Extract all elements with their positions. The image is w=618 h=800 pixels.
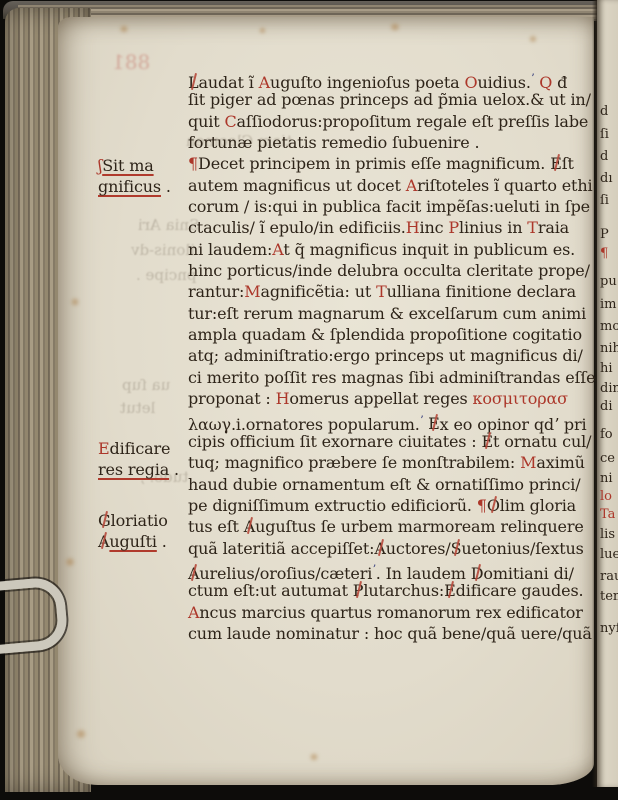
printed-text: t ornatu cul/ [493,432,591,451]
rubricated-text: T [376,282,387,301]
body-line: ¶Decet principem in primis eſſe magnific… [188,153,584,174]
body-line: Laudat ĩ Auguſto ingenioſus poeta Ouidiu… [188,68,584,89]
rubricated-text: H [406,218,420,237]
body-line: tuq; magnifico præbere ſe monſtrabilem: … [188,452,584,473]
body-line: ni laudem:At q̃ magnificus inquit in pub… [188,239,584,260]
printed-text: tur:eſt rerum magnarum & excelſarum cum … [188,304,586,323]
printed-text: linius in [459,218,527,237]
printed-text: ci merito poſſit res magnas ſibi adminiſ… [188,368,595,387]
printed-text: lim gloria [500,496,576,515]
printed-text: agnificẽtia: ut [260,282,376,301]
body-line: ctaculis/ ĩ epulo/in edificiis.Hinc Plin… [188,217,584,238]
printed-text: autem magnificus ut docet [188,176,406,195]
body-line: cum laude nominatur : hoc quã bene/quã u… [188,623,584,644]
printed-text: ulliana finitione declara [387,282,576,301]
margin-note-line: ʃSit ma [98,155,186,176]
rubricated-text: κοσμιτορασ [473,389,568,408]
printed-text: t q̃ magnificus inquit in publicum es. [283,240,575,259]
body-line: ctum eſt:ut autumat Plutarchus:Edificare… [188,580,584,601]
body-line: ampla quadam & ſplendida propoſitione co… [188,324,584,345]
printed-text: uctores/ [386,539,451,558]
showthrough-text: letut [120,399,155,417]
rubricated-text: ¶ [477,496,487,515]
printed-text: dificare [110,439,171,458]
printed-text: ni laudem: [188,240,272,259]
body-line: ſit piger ad pœnas princeps ad p̃mia uel… [188,89,584,110]
rubricated-text: P [448,218,459,237]
body-line: tus eſt Auguſtus ſe urbem marmoream reli… [188,516,584,537]
printed-text: A [188,563,199,584]
printed-text: E [444,580,456,601]
printed-text: fortunæ pietatis remedio ſubuenire . [188,133,479,152]
printed-text: S [451,538,462,559]
body-line: ci merito poſſit res magnas ſibi adminiſ… [188,367,584,388]
printed-text: inc [420,218,449,237]
margin-note-line: Auguſti . [98,531,186,552]
printed-text: ncus marcius quartus romanorum rex edifi… [199,603,582,622]
printed-text: O [487,495,500,516]
body-line: rantur:Magnificẽtia: ut Tulliana finitio… [188,281,584,302]
body-line: haud dubie ornamentum eſt & ornatiſſimo … [188,474,584,495]
photo-background: dſiddıſiP¶puimmonihhidindifoceniloTalisl… [0,0,618,800]
printed-text: ampla quadam & ſplendida propoſitione co… [188,325,582,344]
body-line: autem magnificus ut docet Ariſtoteles ĩ … [188,175,584,196]
printed-text: proponat : [188,389,276,408]
printed-text: P [353,580,364,601]
margin-note-line: Gloriatio [98,510,186,531]
body-text-block: Laudat ĩ Auguſto ingenioſus poeta Ouidiu… [188,68,584,644]
margin-note-gloriatio-augusti: GloriatioAuguſti . [98,510,186,553]
printed-text: . [161,177,171,196]
margin-note-edificare-res-regia: Edificareres regia . [98,438,186,481]
rubricated-text: A [188,603,199,622]
printed-text: uetonius/ſextus [461,539,583,558]
printed-text: . [169,460,179,479]
printed-text: quã lateritiã accepiſſet: [188,539,374,558]
printed-text: ctum eſt:ut autumat [188,581,353,600]
showthrough-text: ua ſup [122,376,170,394]
showthrough-text: 881 [112,50,150,74]
printed-text: corum / is:qui in publica facit impẽſas:… [188,197,590,216]
printed-text: aximũ [536,453,584,472]
printed-text: gnificus [98,177,161,196]
printed-text: pe digniſſimum extructio edificiorũ. [188,496,477,515]
printed-text: E [550,153,562,174]
printed-text: tus eſt [188,517,244,536]
body-line: cipis officium ſit exornare ciuitates : … [188,431,584,452]
body-line: corum / is:qui in publica facit impẽſas:… [188,196,584,217]
rubricated-text: H [276,389,290,408]
body-line: pe digniſſimum extructio edificiorũ. ¶Ol… [188,495,584,516]
printed-text: E [482,431,494,452]
printed-text: quit [188,112,224,131]
printed-text: rantur: [188,282,244,301]
margin-note-line: gnificus . [98,176,186,197]
printed-text: ſit piger ad pœnas princeps ad p̃mia uel… [188,90,591,109]
rubricated-text: E [98,439,110,458]
body-line: tur:eſt rerum magnarum & excelſarum cum … [188,303,584,324]
printed-text: loriatio [111,511,168,530]
rubricated-text: M [520,453,536,472]
printed-text: lutarchus: [363,581,444,600]
printed-text: A [244,516,255,537]
printed-text: dificare gaudes. [456,581,584,600]
rubricated-text: T [527,218,538,237]
printed-text: res regia [98,460,169,479]
showthrough-text: ilonis-dv [131,241,195,259]
printed-text: atq; adminiſtratio:ergo princeps ut magn… [188,346,583,365]
printed-text: ctaculis/ ĩ epulo/in edificiis. [188,218,406,237]
printed-text: uguſti [109,532,156,551]
printed-text: haud dubie ornamentum eſt & ornatiſſimo … [188,475,581,494]
printed-text: Decet principem in primis eſſe magnificu… [198,154,550,173]
rubricated-text: A [406,176,417,195]
printed-text: hinc porticus/inde delubra occulta cleri… [188,261,590,280]
margin-note-line: res regia . [98,459,186,480]
printed-text: cum laude nominatur : hoc quã bene/quã u… [188,624,592,643]
printed-text: aſſiodorus:propoſitum regale eſt preſſis… [237,112,589,131]
body-line: Ancus marcius quartus romanorum rex edif… [188,602,584,623]
rubricated-text: A [272,240,283,259]
printed-text: riſtoteles ĩ quarto ethi [417,176,592,195]
printed-text: Sit ma [102,156,153,175]
printed-text: . [157,532,167,551]
margin-note-line: Edificare [98,438,186,459]
body-line: Aurelius/oroſius/cæteriʼ. In laudem Domi… [188,559,584,580]
rubricated-text: C [224,112,236,131]
printed-text: E [428,413,440,434]
printed-text: D [471,563,484,584]
margin-note-sit-magnificus: ʃSit magnificus . [98,155,186,198]
printed-text: raia [538,218,569,237]
body-line: quit Caſſiodorus:propoſitum regale eſt p… [188,111,584,132]
printed-text: ſt [562,154,574,173]
printed-text: uguſtus ſe urbem marmoream relinquere [255,517,584,536]
rubricated-text: ¶ [188,154,198,173]
printed-text: omerus appellat reges [289,389,472,408]
body-line: proponat : Homerus appellat reges κοσμιτ… [188,388,584,409]
body-line: quã lateritiã accepiſſet:Auctores/Sueton… [188,538,584,559]
page-content-layer: 881tiam CleomenSnia Ariilonis-dvpncipe .… [0,0,618,800]
rubricated-text: M [244,282,260,301]
body-line: fortunæ pietatis remedio ſubuenire . [188,132,584,153]
body-line: atq; adminiſtratio:ergo princeps ut magn… [188,345,584,366]
printed-text: A [98,531,109,552]
printed-text: tuq; magnifico præbere ſe monſtrabilem: [188,453,520,472]
printed-text: L [188,72,198,93]
printed-text: G [98,510,111,531]
printed-text: A [374,538,385,559]
body-line: hinc porticus/inde delubra occulta cleri… [188,260,584,281]
body-line: λαωγ.i.ornatores popularum.ʼ Ex eo opino… [188,410,584,431]
printed-text: cipis officium ſit exornare ciuitates : [188,432,482,451]
